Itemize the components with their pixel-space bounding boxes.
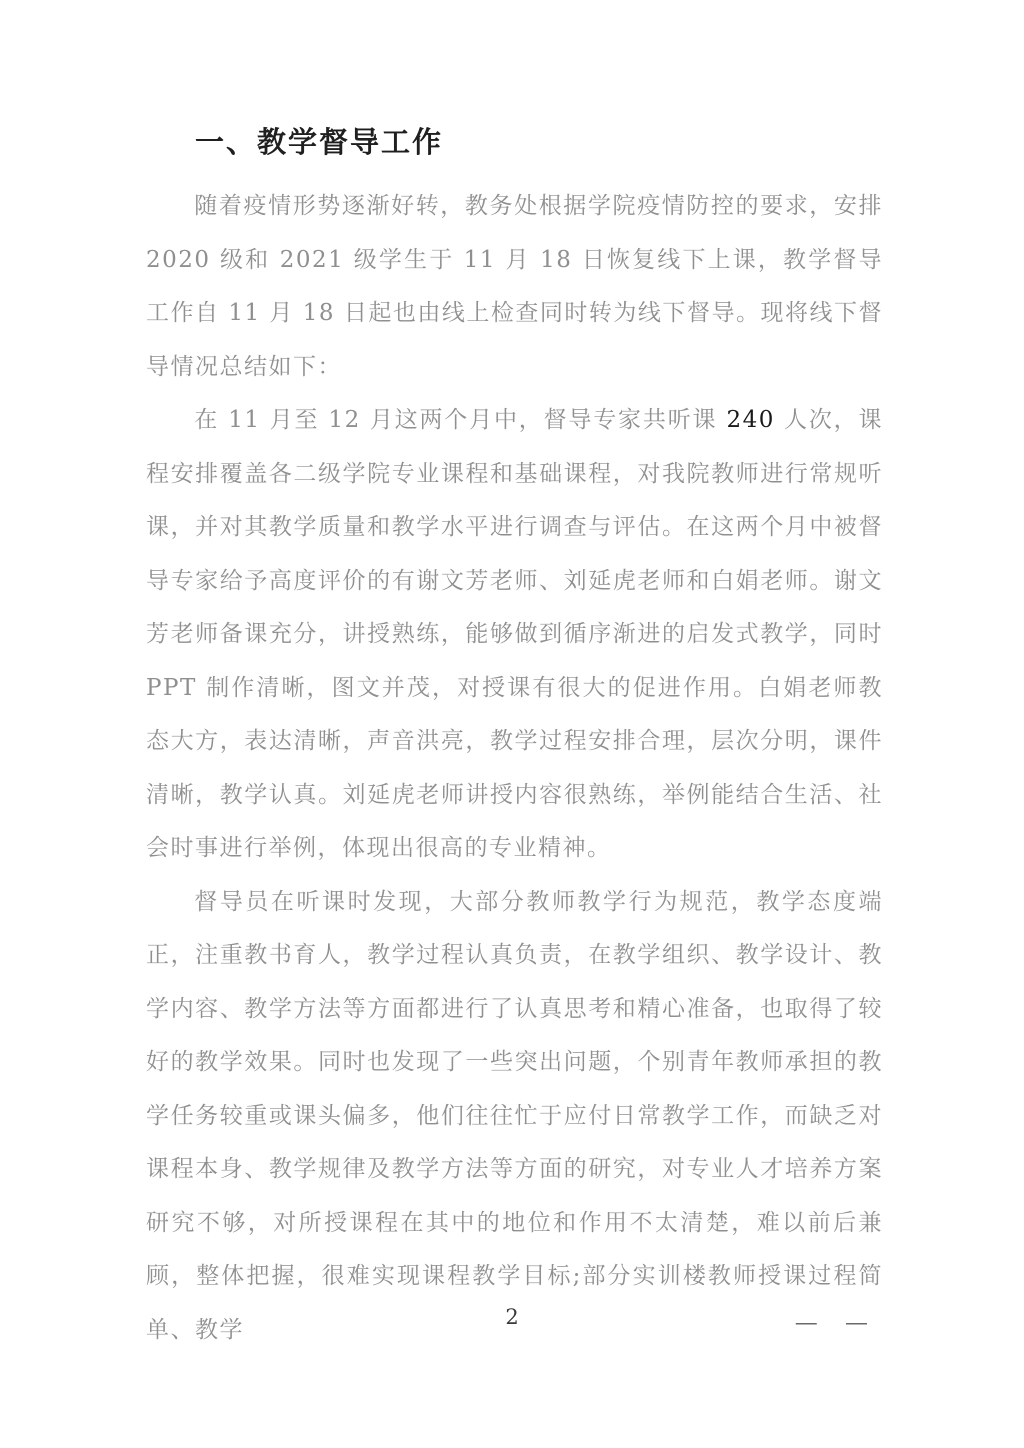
em-dash-icon: —: [795, 1310, 818, 1336]
paragraph-1: 随着疫情形势逐渐好转，教务处根据学院疫情防控的要求，安排 2020 级和 202…: [146, 180, 883, 394]
paragraph-2-text-after: 人次，课程安排覆盖各二级学院专业课程和基础课程，对我院教师进行常规听课，并对其教…: [146, 407, 883, 861]
document-page: 一、教学督导工作 随着疫情形势逐渐好转，教务处根据学院疫情防控的要求，安排 20…: [0, 0, 1024, 1448]
paragraph-2: 在 11 月至 12 月这两个月中，督导专家共听课 240 人次，课程安排覆盖各…: [146, 394, 883, 876]
paragraph-2-text-before: 在 11 月至 12 月这两个月中，督导专家共听课: [194, 407, 726, 433]
document-body: 一、教学督导工作 随着疫情形势逐渐好转，教务处根据学院疫情防控的要求，安排 20…: [146, 122, 883, 1357]
paragraph-3: 督导员在听课时发现，大部分教师教学行为规范，教学态度端正，注重教书育人，教学过程…: [146, 876, 883, 1358]
em-dash-icon: —: [845, 1310, 868, 1336]
footer-dash-marks: — —: [795, 1310, 868, 1336]
highlight-number: 240: [727, 407, 775, 433]
page-number: 2: [0, 1305, 1024, 1329]
section-heading: 一、教学督导工作: [146, 122, 883, 162]
